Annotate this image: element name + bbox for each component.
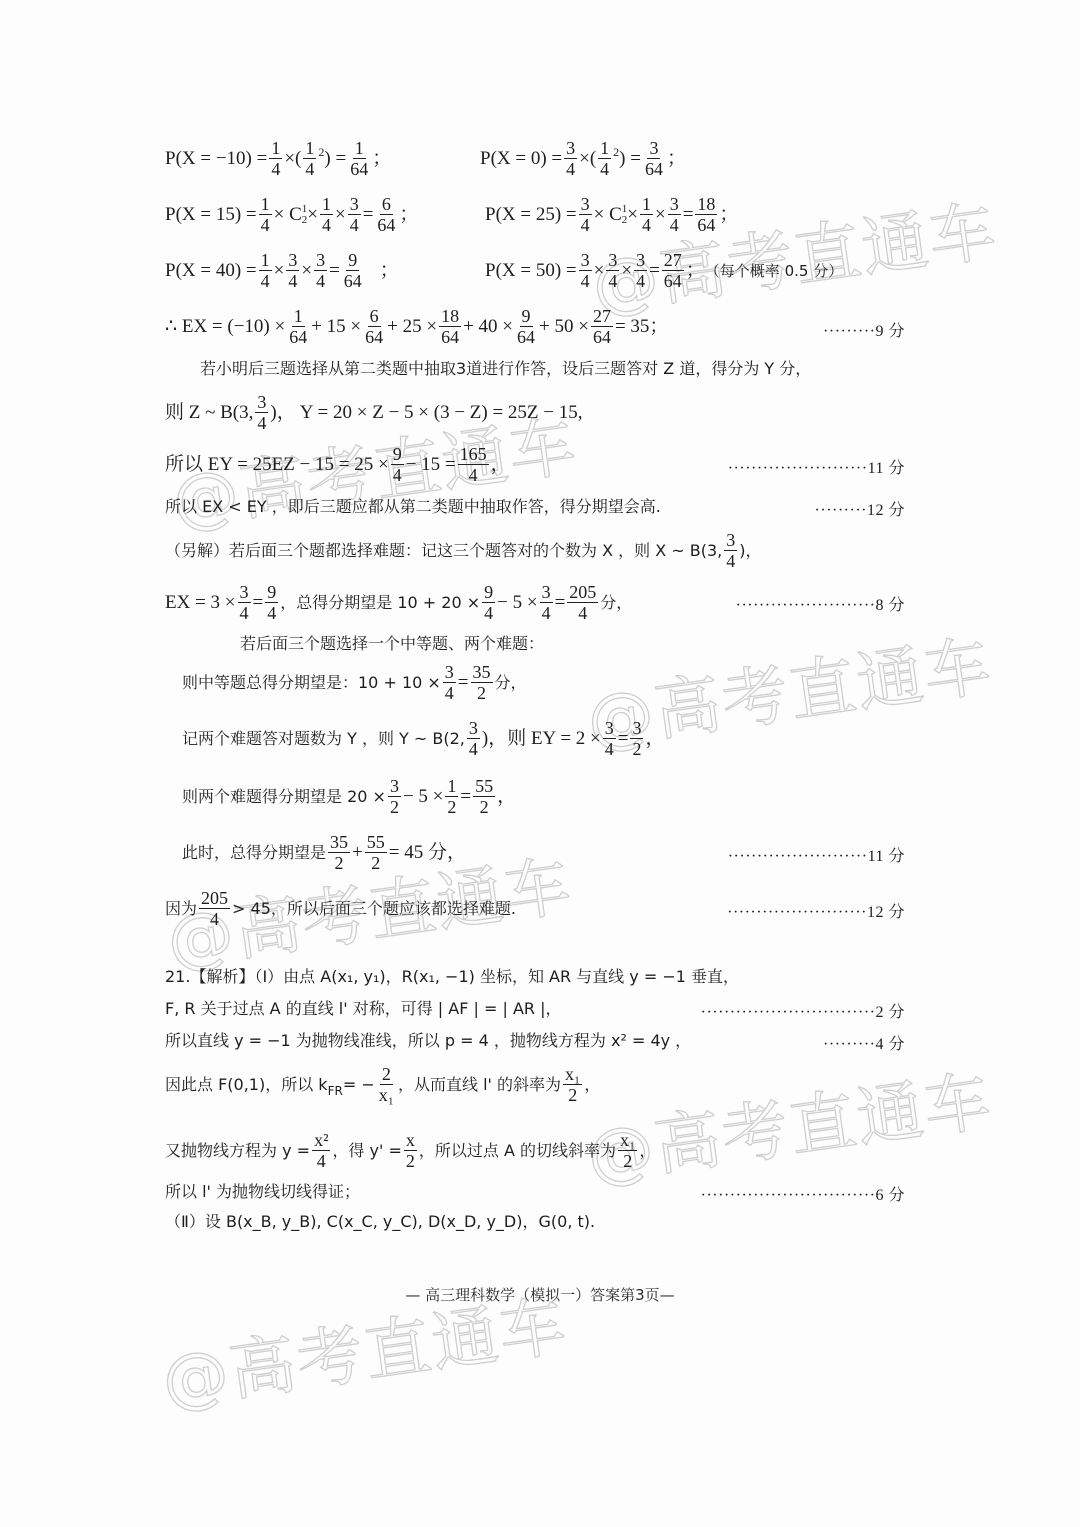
paragraph: 若后面三个题选择一个中等题、两个难题： (240, 633, 544, 655)
q21-intro: 21.【解析】（Ⅰ）由点 A(x₁, y₁)，R(x₁, −1) 坐标，知 AR… (165, 966, 739, 988)
score-marker: ·········12 分 (815, 497, 905, 520)
prob-x-40: P(X = 40) = 14 × 34 × 34 = 964 ； (165, 250, 399, 291)
score-marker: ·········4 分 (823, 1031, 905, 1054)
expected-value-ey: 所以 EY = 25EZ − 15 = 25 × 94 − 15 = 1654 … (165, 444, 510, 485)
watermark: @高考直通车 (580, 1047, 997, 1198)
z-distribution: 则 Z ~ B(3, 34 )， Y = 20 × Z − 5 × (3 − Z… (165, 392, 583, 433)
paragraph: 若小明后三题选择从第二类题中抽取3道进行作答，设后三题答对 Z 道，得分为 Y … (200, 358, 811, 380)
prob-x-50: P(X = 50) = 34 × 34 × 34 = 2764 ； （每个概率 … (485, 250, 843, 291)
score-marker: ························11 分 (728, 843, 905, 866)
prob-x-0: P(X = 0) = 34 ×( 14 2 ) = 364 ； (480, 138, 686, 179)
page-footer: — 高三理科数学（模拟一）答案第3页— (0, 1284, 1080, 1305)
q21-slope: 因此点 F(0,1)，所以 kFR = − 2x₁ ，从而直线 l' 的斜率为 … (165, 1064, 600, 1105)
paragraph: F, R 关于过点 A 的直线 l' 对称，可得 | AF | = | AR |… (165, 998, 562, 1020)
alt-hard-score: 则两个难题得分期望是 20 × 32 − 5 × 12 = 552 ， (182, 776, 516, 817)
alt-hard-distribution: 记两个难题答对题数为 Y ，则 Y ~ B(2, 34 )，则 EY = 2 ×… (182, 718, 665, 759)
alt-conclusion: 因为 2054 > 45，所以后面三个题应该都选择难题. (165, 888, 516, 929)
q21-part2: （Ⅱ）设 B(x_B, y_B), C(x_C, y_C), D(x_D, y_… (165, 1211, 595, 1233)
alt-medium-expected: 则中等题总得分期望是：10 + 10 × 34 = 352 分， (182, 662, 527, 703)
score-marker: ························11 分 (728, 455, 905, 478)
prob-x-neg10: P(X = −10) = 14 ×( 14 2 ) = 164 ； (165, 138, 391, 179)
alt-expected-value: EX = 3 × 34 = 94 ，总得分期望是 10 + 20 × 94 − … (165, 582, 632, 623)
expected-value-ex: ∴ EX = (−10) × 164 + 15 × 664 + 25 × 186… (165, 306, 668, 347)
paragraph: 所以直线 y = −1 为抛物线准线，所以 p = 4 ，抛物线方程为 x² =… (165, 1030, 691, 1052)
score-marker: ························12 分 (727, 899, 905, 922)
paragraph: 所以 EX < EY ，即后三题应都从第二类题中抽取作答，得分期望会高. (165, 496, 661, 518)
score-marker: ·········9 分 (823, 318, 905, 341)
alt-total: 此时，总得分期望是 352 + 552 = 45 分， (182, 832, 466, 873)
q21-tangent: 又抛物线方程为 y = x²4 ，得 y' = x2 ，所以过点 A 的切线斜率… (165, 1130, 655, 1171)
prob-x-15: P(X = 15) = 14 × C12 × 14 × 34 = 664 ； (165, 194, 418, 235)
paragraph: 所以 l' 为抛物线切线得证； (165, 1181, 360, 1203)
score-marker: ······························6 分 (701, 1182, 905, 1205)
answer-key-page: @高考直通车 @高考直通车 @高考直通车 @高考直通车 @高考直通车 @高考直通… (0, 0, 1080, 1527)
alt-solution-intro: （另解）若后面三个题都选择难题：记这三个题答对的个数为 X ，则 X ~ B(3… (165, 530, 762, 571)
scoring-note: （每个概率 0.5 分） (705, 260, 843, 282)
prob-x-25: P(X = 25) = 34 × C12 × 14 × 34 = 1864 ； (485, 194, 738, 235)
score-marker: ························8 分 (736, 592, 905, 615)
score-marker: ······························2 分 (701, 999, 905, 1022)
